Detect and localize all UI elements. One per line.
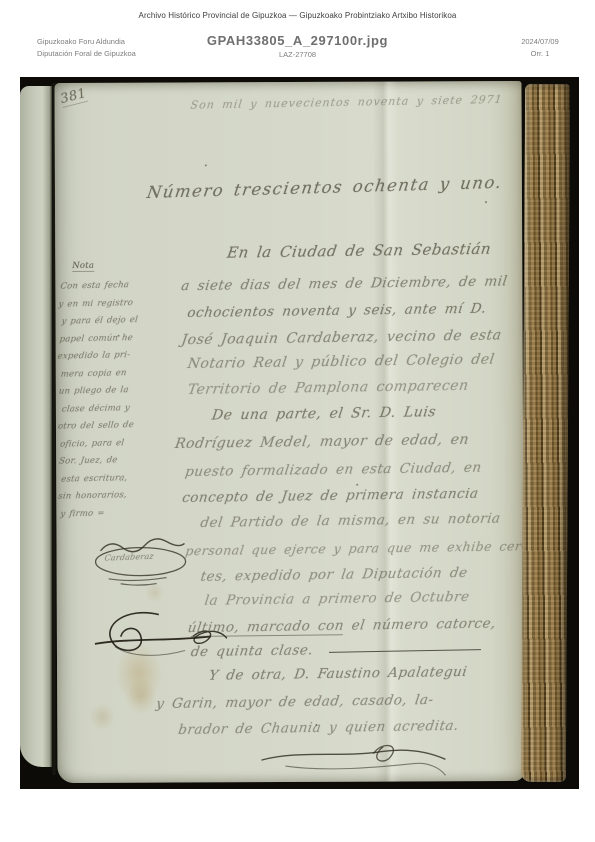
margin-note-line: y en mi registro	[58, 298, 134, 310]
body-line: Y de otra, D. Faustino Apalategui	[208, 664, 468, 684]
page-number-label: Orr. 1	[500, 48, 580, 60]
paper-speck	[356, 484, 358, 486]
margin-note-line: y para él dejo el	[61, 315, 139, 327]
archive-title: Archivo Histórico Provincial de Gipuzkoa…	[0, 11, 595, 20]
body-line: a siete dias del mes de Diciembre, de mi…	[180, 273, 508, 294]
top-annotation: Son mil y nuevecientos noventa y siete 2…	[190, 93, 504, 112]
body-line: último, marcado con el número catorce,	[187, 615, 497, 636]
body-text: En la Ciudad de San Sebastiána siete dia…	[54, 81, 521, 83]
margin-note-line: mera copia en	[60, 368, 127, 379]
facing-page-edge	[20, 86, 52, 767]
margin-note-title: Nota	[72, 261, 94, 272]
folio-number: 381	[59, 86, 88, 108]
body-line: del Partido de la misma, en su notoria	[199, 510, 501, 530]
body-line: En la Ciudad de San Sebastián	[226, 240, 493, 262]
body-line: la Provincia a primero de Octubre	[204, 589, 471, 609]
stain	[89, 703, 115, 731]
margin-note: Con esta fechay en mi registroy para él …	[54, 81, 521, 83]
body-line: de quinta clase.	[190, 642, 314, 660]
body-line: Rodríguez Medel, mayor de edad, en	[174, 432, 470, 452]
manuscript-photo: 381 Son mil y nuevecientos noventa y sie…	[20, 77, 579, 789]
body-line: Notario Real y público del Colegio del	[187, 351, 496, 372]
body-line: tes, expedido por la Diputación de	[199, 565, 468, 585]
fore-edge	[521, 84, 570, 782]
margin-note-line: sin honorarios,	[58, 490, 128, 502]
paper-speck	[485, 201, 487, 203]
book-page: 381 Son mil y nuevecientos noventa y sie…	[54, 81, 524, 783]
body-line: concepto de Juez de primera instancia	[181, 486, 480, 506]
margin-note-line: expedido la pri-	[57, 350, 131, 362]
body-line: personal que ejerce y para que me exhibe…	[184, 538, 527, 558]
margin-note-line: Con esta fecha	[60, 280, 130, 292]
margin-note-line: esta escritura,	[61, 473, 128, 484]
body-line: ochocientos noventa y seis, ante mí D.	[186, 301, 487, 321]
header-date-page: 2024/07/09 Orr. 1	[500, 36, 580, 60]
body-line: puesto formalizado en esta Ciudad, en	[184, 460, 483, 480]
stain	[125, 679, 157, 715]
body-line: José Joaquin Cardaberaz, vecino de esta	[180, 327, 502, 348]
margin-note-line: y firmo =	[60, 508, 105, 519]
paper-speck	[205, 164, 207, 166]
scan-date: 2024/07/09	[500, 36, 580, 48]
margin-note-line: oficio, para el	[59, 438, 124, 449]
margin-note-line: un pliego de la	[58, 385, 129, 397]
margin-note-line: otro del sello de	[57, 420, 134, 432]
separator-rule	[329, 649, 481, 653]
closing-rubric	[255, 733, 459, 784]
entry-heading: Número trescientos ochenta y uno.	[146, 173, 504, 202]
margin-note-line: papel común he	[59, 333, 133, 345]
body-line: De una parte, el Sr. D. Luis	[211, 404, 437, 423]
margin-note-line: Sor. Juez, de	[59, 455, 119, 466]
body-line: Territorio de Pamplona comparecen	[187, 378, 470, 398]
margin-note-line: clase décima y	[61, 403, 130, 415]
